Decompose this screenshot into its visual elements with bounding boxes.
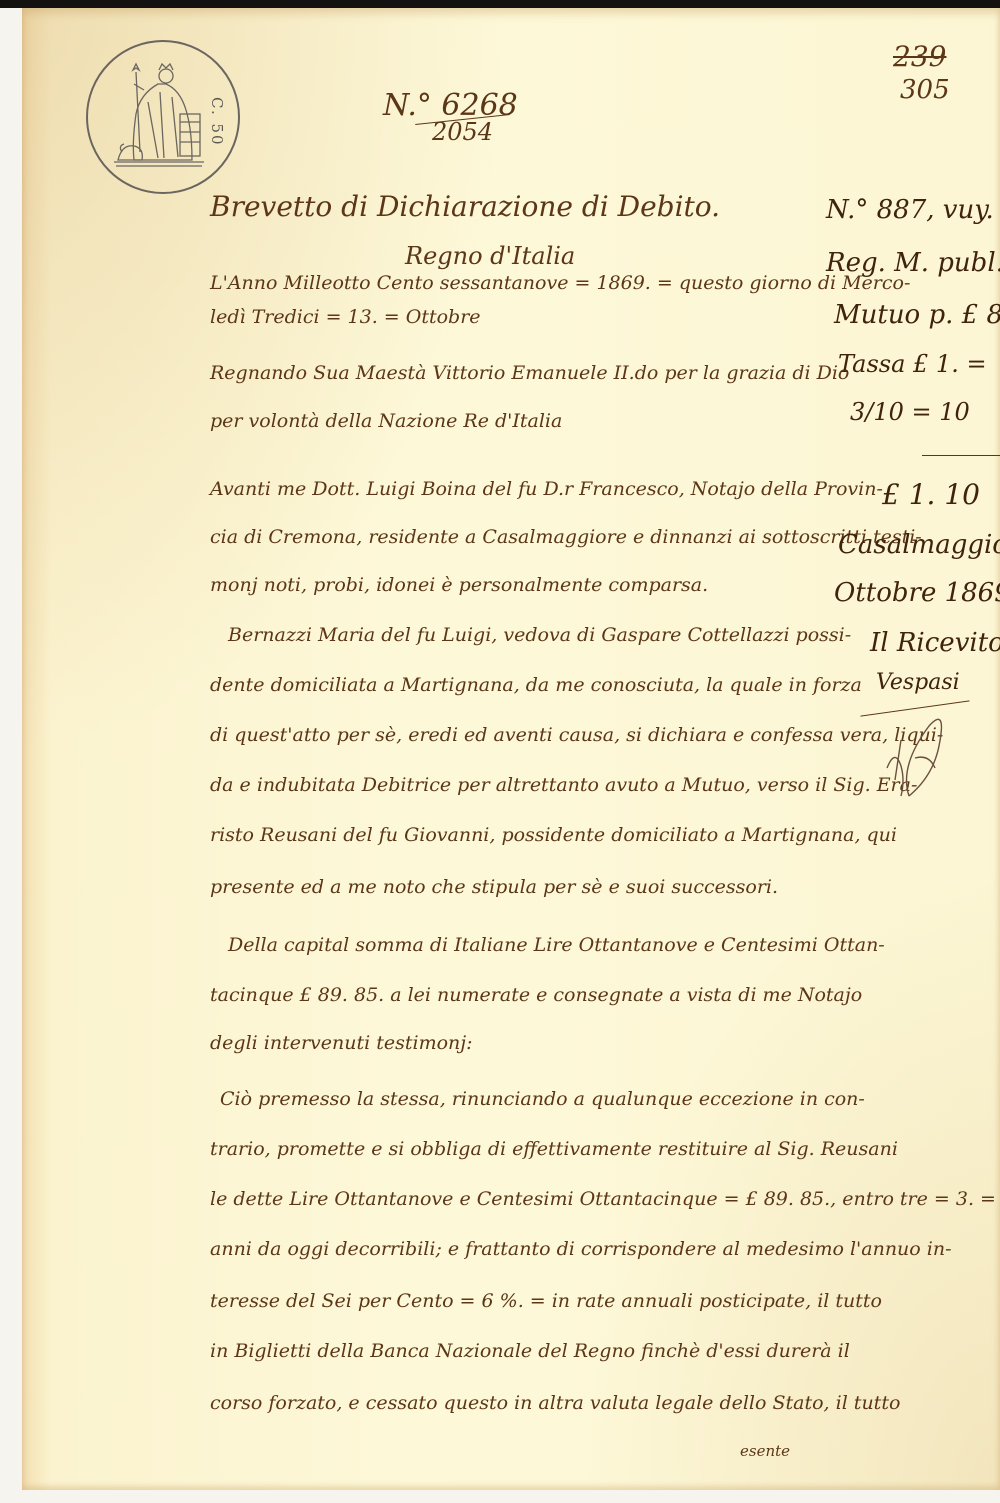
document-number-sub: 2054 [432, 118, 493, 146]
body-line: risto Reusani del fu Giovanni, possident… [210, 824, 897, 846]
margin-note-registration-number: N.° 887, vuy. 10 [826, 195, 1000, 225]
body-line: cia di Cremona, residente a Casalmaggior… [210, 526, 922, 548]
margin-note-receiver-name: Vespasi [876, 670, 960, 695]
margin-note-register: Reg. M. publ. [826, 248, 1000, 278]
body-line: tacinque £ 89. 85. a lei numerate e cons… [210, 984, 862, 1006]
stamp-value: C. 50 [206, 97, 226, 147]
body-line: le dette Lire Ottantanove e Centesimi Ot… [210, 1188, 996, 1210]
document-subtitle: Regno d'Italia [405, 242, 575, 270]
revenue-stamp: C. 50 [86, 40, 240, 194]
body-line: Regnando Sua Maestà Vittorio Emanuele II… [210, 362, 849, 384]
margin-note-place: Casalmaggiore li .. [838, 530, 1000, 560]
body-line: presente ed a me noto che stipula per sè… [210, 876, 778, 898]
body-line: corso forzato, e cessato questo in altra… [210, 1392, 900, 1414]
ricevitore-signature-icon [875, 708, 965, 818]
document-title: Brevetto di Dichiarazione di Debito. [210, 190, 720, 223]
body-line: teresse del Sei per Cento = 6 %. = in ra… [210, 1290, 882, 1312]
body-line: in Biglietti della Banca Nazionale del R… [210, 1340, 850, 1362]
body-line: per volontà della Nazione Re d'Italia [210, 410, 562, 432]
scan-top-border [0, 0, 1000, 8]
body-line: ledì Tredici = 13. = Ottobre [210, 306, 481, 328]
body-line: trario, promette e si obbliga di effetti… [210, 1138, 898, 1160]
margin-note-tenths: 3/10 = 10 [850, 398, 970, 426]
body-line: monj noti, probi, idonei è personalmente… [210, 574, 708, 596]
body-line: Bernazzi Maria del fu Luigi, vedova di G… [228, 624, 851, 646]
body-line: di quest'atto per sè, eredi ed aventi ca… [210, 724, 943, 746]
margin-note-receiver-title: Il Ricevitore [870, 628, 1000, 658]
body-line: anni da oggi decorribili; e frattanto di… [210, 1238, 952, 1260]
body-line: Avanti me Dott. Luigi Boina del fu D.r F… [210, 478, 883, 500]
body-line: L'Anno Milleotto Cento sessantanove = 18… [210, 272, 910, 294]
paper-sheet [22, 8, 1000, 1490]
body-line: degli intervenuti testimonj: [210, 1032, 473, 1054]
margin-sum-rule [922, 455, 1000, 456]
margin-note-loan-amount: Mutuo p. £ 89.85 [834, 300, 1000, 330]
margin-note-tax: Tassa £ 1. = [838, 350, 987, 378]
margin-note-total: £ 1. 10 [882, 478, 980, 511]
body-line: dente domiciliata a Martignana, da me co… [210, 674, 862, 696]
page-number: 305 [900, 75, 950, 105]
body-line: da e indubitata Debitrice per altrettant… [210, 774, 917, 796]
catchword: esente [740, 1442, 790, 1460]
page-number-struck: 239 [893, 40, 946, 73]
margin-note-date: Ottobre 1869 [834, 578, 1000, 608]
scan-bottom-margin [0, 1490, 1000, 1503]
body-line: Ciò premesso la stessa, rinunciando a qu… [220, 1088, 865, 1110]
body-line: Della capital somma di Italiane Lire Ott… [228, 934, 885, 956]
